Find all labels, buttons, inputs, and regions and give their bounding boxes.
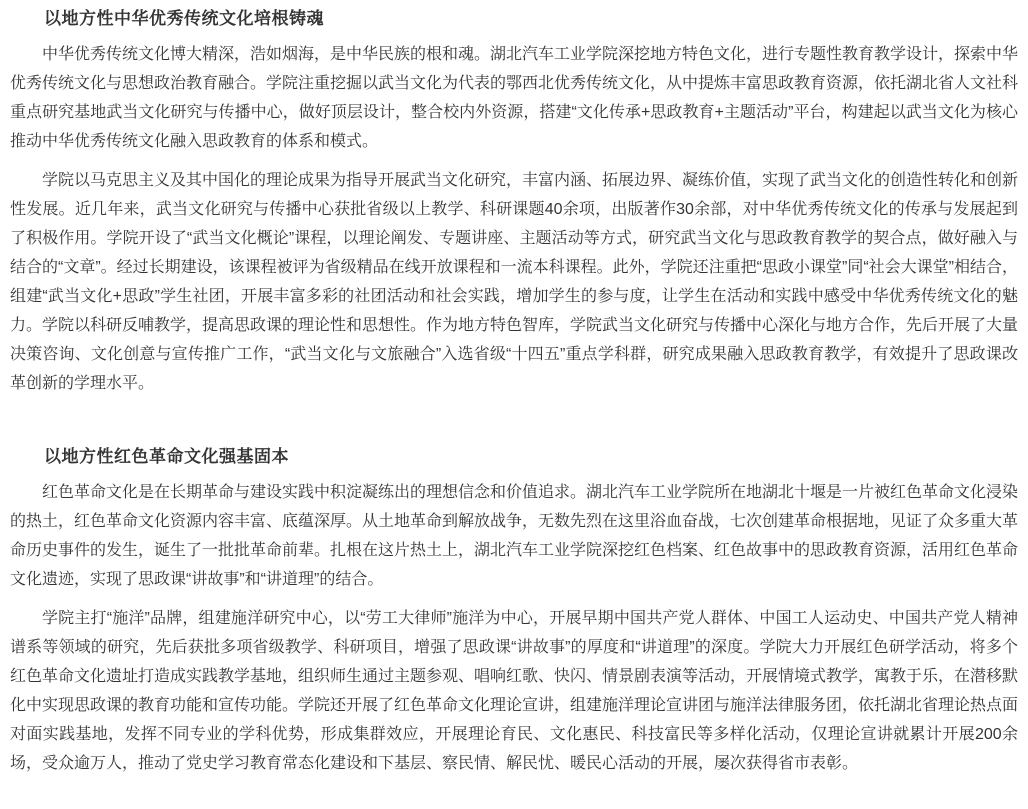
paragraph-red-culture-2: 学院主打“施洋”品牌，组建施洋研究中心，以“劳工大律师”施洋为中心，开展早期中国…	[10, 604, 1018, 778]
article-body: 以地方性中华优秀传统文化培根铸魂 中华优秀传统文化博大精深，浩如烟海，是中华民族…	[0, 0, 1028, 778]
paragraph-traditional-culture-1: 中华优秀传统文化博大精深，浩如烟海，是中华民族的根和魂。湖北汽车工业学院深挖地方…	[10, 40, 1018, 156]
paragraph-traditional-culture-2: 学院以马克思主义及其中国化的理论成果为指导开展武当文化研究，丰富内涵、拓展边界、…	[10, 166, 1018, 398]
section-heading-red-culture: 以地方性红色革命文化强基固本	[10, 446, 1018, 468]
paragraph-red-culture-1: 红色革命文化是在长期革命与建设实践中积淀凝练出的理想信念和价值追求。湖北汽车工业…	[10, 478, 1018, 594]
section-heading-traditional-culture: 以地方性中华优秀传统文化培根铸魂	[10, 8, 1018, 30]
